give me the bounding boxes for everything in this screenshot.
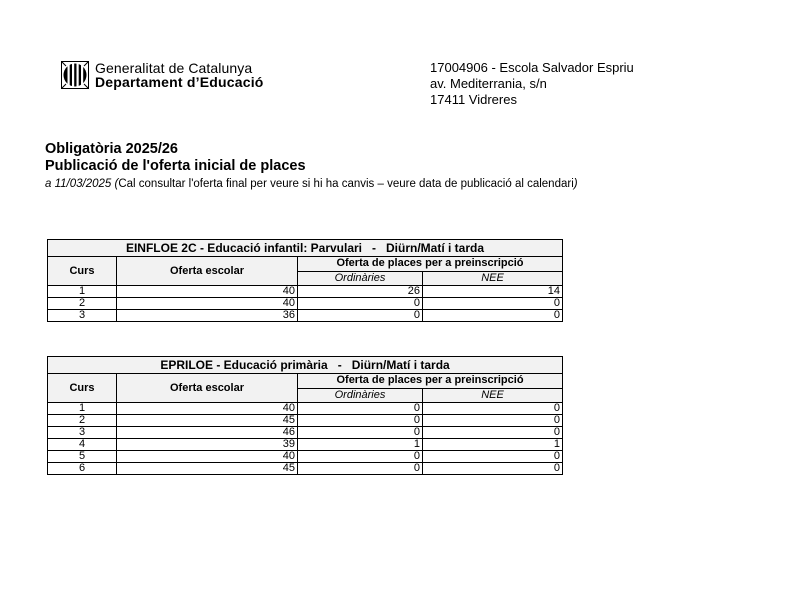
cell-ordinaries: 0 — [298, 310, 423, 322]
cell-ordinaries: 0 — [298, 415, 423, 427]
cell-oferta: 46 — [117, 427, 298, 439]
cell-oferta: 39 — [117, 439, 298, 451]
cell-nee: 0 — [423, 298, 563, 310]
cell-ordinaries: 1 — [298, 439, 423, 451]
cell-ordinaries: 0 — [298, 403, 423, 415]
cell-nee: 0 — [423, 451, 563, 463]
cell-oferta: 40 — [117, 298, 298, 310]
table-row: 1 40 0 0 — [48, 403, 563, 415]
cell-oferta: 36 — [117, 310, 298, 322]
cell-nee: 0 — [423, 427, 563, 439]
note-text: Cal consultar l'oferta final per veure s… — [118, 178, 573, 190]
column-header-oferta-escolar: Oferta escolar — [117, 374, 298, 403]
cell-ordinaries: 0 — [298, 298, 423, 310]
school-info: 17004906 - Escola Salvador Espriu av. Me… — [430, 60, 634, 108]
column-header-oferta-escolar: Oferta escolar — [117, 257, 298, 286]
column-header-curs: Curs — [48, 257, 117, 286]
cell-nee: 0 — [423, 403, 563, 415]
table-row: 1 40 26 14 — [48, 286, 563, 298]
cell-curs: 5 — [48, 451, 117, 463]
offer-table-primaria: EPRILOE - Educació primària - Diürn/Matí… — [47, 356, 563, 475]
column-header-curs: Curs — [48, 374, 117, 403]
cell-ordinaries: 0 — [298, 463, 423, 475]
publication-date: a 11/03/2025 ( — [45, 178, 118, 190]
offer-table-infantil: EINFLOE 2C - Educació infantil: Parvular… — [47, 239, 563, 322]
cell-oferta: 45 — [117, 463, 298, 475]
page-title: Obligatòria 2025/26 — [45, 141, 578, 158]
cell-nee: 1 — [423, 439, 563, 451]
table-row: 2 40 0 0 — [48, 298, 563, 310]
cell-curs: 1 — [48, 403, 117, 415]
cell-ordinaries: 0 — [298, 451, 423, 463]
cell-oferta: 45 — [117, 415, 298, 427]
table-row: 3 46 0 0 — [48, 427, 563, 439]
table-row: 3 36 0 0 — [48, 310, 563, 322]
cell-oferta: 40 — [117, 403, 298, 415]
table-row: 4 39 1 1 — [48, 439, 563, 451]
cell-curs: 3 — [48, 427, 117, 439]
org-name: Generalitat de Catalunya — [95, 61, 264, 75]
cell-ordinaries: 26 — [298, 286, 423, 298]
table-title: EINFLOE 2C - Educació infantil: Parvular… — [48, 240, 563, 257]
cell-nee: 14 — [423, 286, 563, 298]
publication-note: a 11/03/2025 (Cal consultar l'oferta fin… — [45, 176, 578, 192]
cell-nee: 0 — [423, 463, 563, 475]
cell-oferta: 40 — [117, 286, 298, 298]
cell-nee: 0 — [423, 310, 563, 322]
table-row: 5 40 0 0 — [48, 451, 563, 463]
department-logo: Generalitat de Catalunya Departament d’E… — [61, 61, 264, 89]
column-header-preinscripcio: Oferta de places per a preinscripció — [298, 257, 563, 272]
document-heading: Obligatòria 2025/26 Publicació de l'ofer… — [45, 141, 578, 192]
cell-ordinaries: 0 — [298, 427, 423, 439]
note-close: ) — [574, 178, 578, 190]
cell-oferta: 40 — [117, 451, 298, 463]
cell-curs: 1 — [48, 286, 117, 298]
column-header-preinscripcio: Oferta de places per a preinscripció — [298, 374, 563, 389]
cell-curs: 2 — [48, 298, 117, 310]
table-title: EPRILOE - Educació primària - Diürn/Matí… — [48, 357, 563, 374]
school-city: 17411 Vidreres — [430, 92, 634, 108]
column-header-ordinaries: Ordinàries — [298, 388, 423, 403]
cell-nee: 0 — [423, 415, 563, 427]
generalitat-logo-icon — [61, 61, 89, 89]
school-address: av. Mediterrania, s/n — [430, 76, 634, 92]
page-subtitle: Publicació de l'oferta inicial de places — [45, 158, 578, 175]
column-header-ordinaries: Ordinàries — [298, 271, 423, 286]
cell-curs: 6 — [48, 463, 117, 475]
school-code-name: 17004906 - Escola Salvador Espriu — [430, 60, 634, 76]
table-row: 6 45 0 0 — [48, 463, 563, 475]
cell-curs: 3 — [48, 310, 117, 322]
table-row: 2 45 0 0 — [48, 415, 563, 427]
column-header-nee: NEE — [423, 271, 563, 286]
column-header-nee: NEE — [423, 388, 563, 403]
cell-curs: 4 — [48, 439, 117, 451]
cell-curs: 2 — [48, 415, 117, 427]
department-name: Departament d’Educació — [95, 75, 264, 89]
